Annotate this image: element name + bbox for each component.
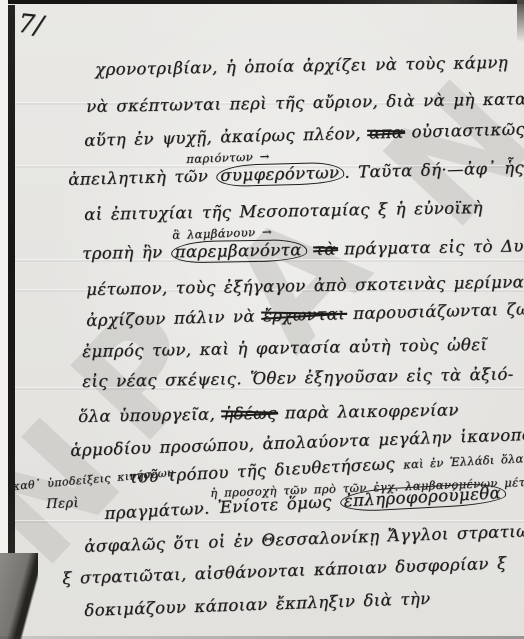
handwritten-word: ἐμπρός των, καὶ ἡ φαντασία αὐτὴ τοὺς ὠθε… [82, 335, 487, 361]
handwritten-word: δοκιμάζουν κάποιαν ἔκπληξιν διὰ τὴν [84, 589, 431, 620]
handwritten-line: ἐμπρός των, καὶ ἡ φαντασία αὐτὴ τοὺς ὠθε… [82, 335, 487, 361]
handwritten-line: Περὶ [46, 496, 79, 512]
handwritten-word: παρεμβανόντα [170, 239, 306, 263]
handwritten-line: αὕτη ἐν ψυχῇ, ἀκαίρως πλέον, απα οὐσιαστ… [84, 119, 524, 150]
handwritten-line: ἀπειλητικὴ τῶν συμφερόντων. Ταῦτα δή·—ἀφ… [68, 158, 524, 189]
handwritten-line: εἰς νέας σκέψεις. Ὅθεν ἐξηγοῦσαν εἰς τὰ … [82, 364, 514, 391]
handwritten-word: → [255, 225, 272, 240]
handwritten-word: ἀπειλητικὴ τῶν [68, 166, 217, 189]
handwritten-line: ξ στρατιῶται, αἰσθάνονται κάποιαν δυσφορ… [62, 553, 507, 587]
handwritten-word: νὰ σκέπτωνται περὶ τῆς αὔριον, διὰ νὰ μὴ… [86, 89, 524, 116]
scan-edge-right [517, 0, 524, 42]
handwritten-word: ἀρχίζουν πάλιν νὰ [86, 306, 263, 330]
handwritten-word: Περὶ [46, 496, 79, 512]
book-gutter-shadow [8, 5, 15, 639]
handwritten-line: ὅλα ὑπουργεῖα, ἡδέως παρὰ λαικοφρενίαν [78, 400, 459, 426]
handwritten-word: παρουσιάζωνται ζωντανὰ [345, 298, 524, 323]
handwritten-word: τροπὴ ἣν [82, 242, 171, 263]
handwritten-word: ἡδέως [223, 404, 277, 424]
handwritten-word: αἱ ἐπιτυχίαι τῆς Μεσοποταμίας ξ ἡ εὐνοϊκ… [84, 198, 483, 224]
handwritten-word: απα [369, 123, 404, 143]
handwritten-word: πράγματα εἰς τὸ Δυτικὸν [336, 235, 524, 258]
handwritten-line: νὰ σκέπτωνται περὶ τῆς αὔριον, διὰ νὰ μὴ… [86, 89, 524, 116]
handwritten-line: δοκιμάζουν κάποιαν ἔκπληξιν διὰ τὴν [84, 589, 431, 620]
handwritten-line: μέτωπον, τοὺς ἐξήγαγον ἀπὸ σκοτεινὰς μερ… [86, 272, 524, 299]
handwritten-word: χρονοτριβίαν, ἡ ὁποία ἀρχίζει νὰ τοὺς κά… [95, 53, 508, 79]
handwritten-word: αὕτη ἐν ψυχῇ, ἀκαίρως πλέον, [84, 124, 369, 150]
handwritten-word: . Ταῦτα δή·—ἀφ᾽ ἧς [344, 158, 524, 182]
handwritten-word: → [253, 149, 270, 164]
handwritten-word: ἔρχωνται [263, 304, 345, 325]
handwritten-word: μέτωπον, τοὺς ἐξήγαγον ἀπὸ σκοτεινὰς μερ… [86, 272, 524, 299]
handwritten-word: καὶ ἐν Ἑλλάδι ὅλα [403, 451, 524, 472]
handwritten-line: ἀρχίζουν πάλιν νὰ ἔρχωνται παρουσιάζωντα… [86, 298, 524, 330]
scan-edge-top [0, 0, 524, 4]
handwritten-line: αἱ ἐπιτυχίαι τῆς Μεσοποταμίας ξ ἡ εὐνοϊκ… [84, 198, 483, 224]
gutter-corner-shadow [0, 553, 38, 639]
scan-edge-left-margin [0, 0, 8, 639]
handwritten-word: παριόντων [186, 150, 253, 166]
handwritten-word: εἰς νέας σκέψεις. Ὅθεν ἐξηγοῦσαν εἰς τὰ … [82, 364, 514, 391]
manuscript-page: ΝΡΑΝ 7/ χρονοτριβίαν, ἡ ὁποία ἀρχίζει νὰ… [0, 0, 524, 639]
handwritten-word: παρὰ λαικοφρενίαν [276, 400, 458, 422]
handwritten-word: ξ στρατιῶται, αἰσθάνονται κάποιαν δυσφορ… [62, 553, 507, 587]
handwritten-line: τροπὴ ἣν παρεμβανόντα τὰ πράγματα εἰς τὸ… [82, 235, 524, 263]
handwritten-word: συμφερόντων [216, 162, 345, 187]
handwritten-word: τὰ [315, 240, 336, 259]
handwritten-word: ὅλα ὑπουργεῖα, [78, 404, 223, 426]
handwriting-block: χρονοτριβίαν, ἡ ὁποία ἀρχίζει νὰ τοὺς κά… [0, 0, 524, 639]
handwritten-word: οὐσιαστικῶς [403, 119, 524, 141]
handwritten-line: χρονοτριβίαν, ἡ ὁποία ἀρχίζει νὰ τοὺς κά… [95, 53, 508, 79]
handwritten-line: ἀσφαλῶς ὅτι οἱ ἐν Θεσσαλονίκῃ Ἄγγλοι στρ… [84, 520, 524, 556]
handwritten-word: ἀσφαλῶς ὅτι οἱ ἐν Θεσσαλονίκῃ Ἄγγλοι στρ… [84, 520, 524, 556]
